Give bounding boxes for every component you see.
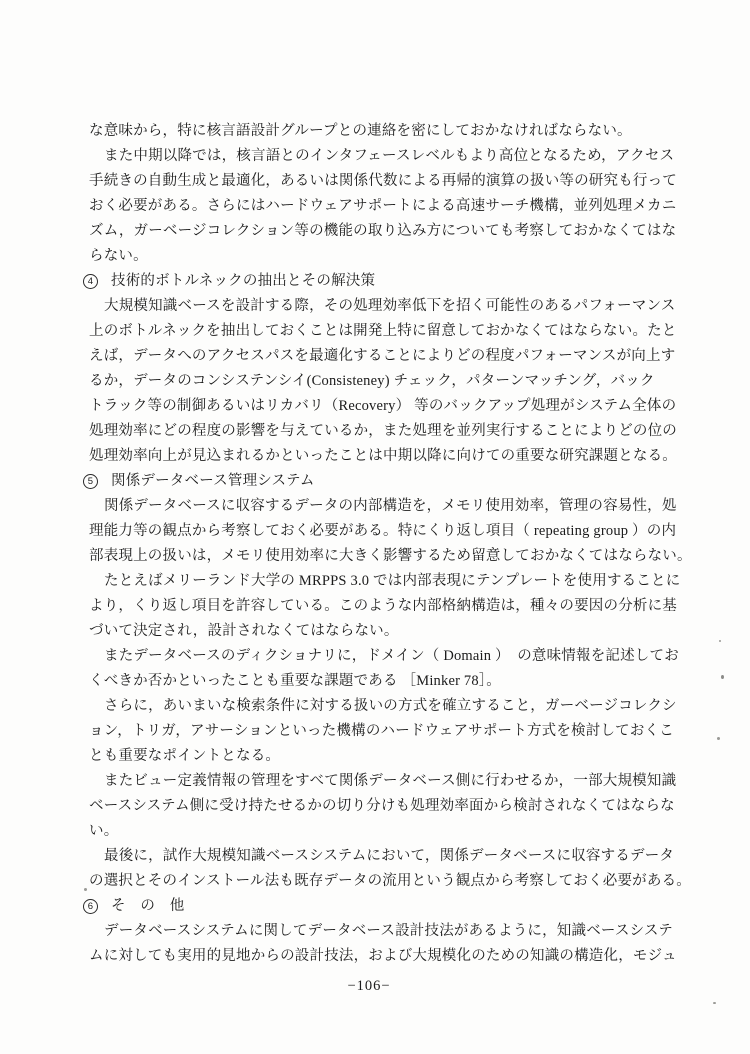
text-line: おく必要がある。さらにはハードウェアサポートによる高速サーチ機構，並列処理メカニ: [89, 194, 685, 219]
text-line: な意味から，特に核言語設計グループとの連絡を密にしておかなければならない。: [89, 119, 685, 144]
text-line: またビュー定義情報の管理をすべて関係データベース側に行わせるか，一部大規模知識: [89, 769, 685, 794]
section-title: そ の 他: [111, 894, 185, 919]
text-line: づいて決定され，設計されなくてはならない。: [89, 619, 685, 644]
scan-artifact: [721, 675, 724, 679]
text-line: より，くり返し項目を許容している。このような内部格納構造は，種々の要因の分析に基: [89, 594, 685, 619]
document-text-block: な意味から，特に核言語設計グループとの連絡を密にしておかなければならない。また中…: [89, 119, 685, 969]
text-line: 部表現上の扱いは，メモリ使用効率に大きく影響するため留意しておかなくてはならない…: [89, 544, 685, 569]
page-number: −106−: [0, 978, 750, 995]
text-line: い。: [89, 819, 685, 844]
scan-artifact: [84, 888, 87, 891]
text-line: 関係データベースに収容するデータの内部構造を，メモリ使用効率，管理の容易性，処: [89, 494, 685, 519]
text-line: さらに，あいまいな検索条件に対する扱いの方式を確立すること，ガーベージコレクシ: [89, 694, 685, 719]
text-line: ズム，ガーベージコレクション等の機能の取り込み方についても考察しておかなくてはな: [89, 219, 685, 244]
section-heading-line: 5関係データベース管理システム: [83, 469, 685, 494]
circled-section-number: 4: [83, 274, 98, 289]
text-line: の選択とそのインストール法も既存データの流用という観点から考察しておく必要がある…: [89, 869, 685, 894]
text-line: とも重要なポイントとなる。: [89, 744, 685, 769]
circled-section-number: 5: [83, 474, 98, 489]
text-line: えば，データへのアクセスパスを最適化することによりどの程度パフォーマンスが向上す: [89, 344, 685, 369]
section-heading-line: 6そ の 他: [83, 894, 685, 919]
text-line: たとえばメリーランド大学の MRPPS 3.0 では内部表現にテンプレートを使用…: [89, 569, 685, 594]
text-line: 手続きの自動生成と最適化，あるいは関係代数による再帰的演算の扱い等の研究も行って: [89, 169, 685, 194]
text-line: くべきか否かといったことも重要な課題である ［Minker 78］。: [89, 669, 685, 694]
section-heading-line: 4技術的ボトルネックの抽出とその解決策: [83, 269, 685, 294]
text-line: データベースシステムに関してデータベース設計技法があるように，知識ベースシステ: [89, 919, 685, 944]
text-line: 処理効率向上が見込まれるかといったことは中期以降に向けての重要な研究課題となる。: [89, 444, 685, 469]
text-line: 上のボトルネックを抽出しておくことは開発上特に留意しておかなくてはならない。たと: [89, 319, 685, 344]
scanned-document-page: な意味から，特に核言語設計グループとの連絡を密にしておかなければならない。また中…: [0, 0, 750, 1054]
text-line: 処理効率にどの程度の影響を与えているか，また処理を並列実行することによりどの位の: [89, 419, 685, 444]
text-line: 理能力等の観点から考察しておく必要がある。特にくり返し項目（ repeating…: [89, 519, 685, 544]
scan-artifact: [719, 640, 721, 642]
text-line: ベースシステム側に受け持たせるかの切り分けも処理効率面から検討されなくてはならな: [89, 794, 685, 819]
text-line: トラック等の制御あるいはリカバリ（Recovery） 等のバックアップ処理がシス…: [89, 394, 685, 419]
text-line: また中期以降では，核言語とのインタフェースレベルもより高位となるため，アクセス: [89, 144, 685, 169]
text-line: 最後に，試作大規模知識ベースシステムにおいて，関係データベースに収容するデータ: [89, 844, 685, 869]
scan-artifact: [717, 737, 720, 740]
section-title: 関係データベース管理システム: [111, 469, 315, 494]
text-line: 大規模知識ベースを設計する際，その処理効率低下を招く可能性のあるパフォーマンス: [89, 294, 685, 319]
text-line: ョン，トリガ，アサーションといった機構のハードウェアサポート方式を検討しておくこ: [89, 719, 685, 744]
circled-section-number: 6: [83, 899, 98, 914]
text-line: またデータベースのディクショナリに，ドメイン（ Domain ） の意味情報を記…: [89, 644, 685, 669]
text-line: るか，データのコンシステンシイ(Consisteney) チェック，パターンマッ…: [89, 369, 685, 394]
text-line: らない。: [89, 244, 685, 269]
scan-artifact: [713, 1002, 716, 1004]
section-title: 技術的ボトルネックの抽出とその解決策: [111, 269, 375, 294]
text-line: ムに対しても実用的見地からの設計技法，および大規模化のための知識の構造化，モジュ: [89, 944, 685, 969]
